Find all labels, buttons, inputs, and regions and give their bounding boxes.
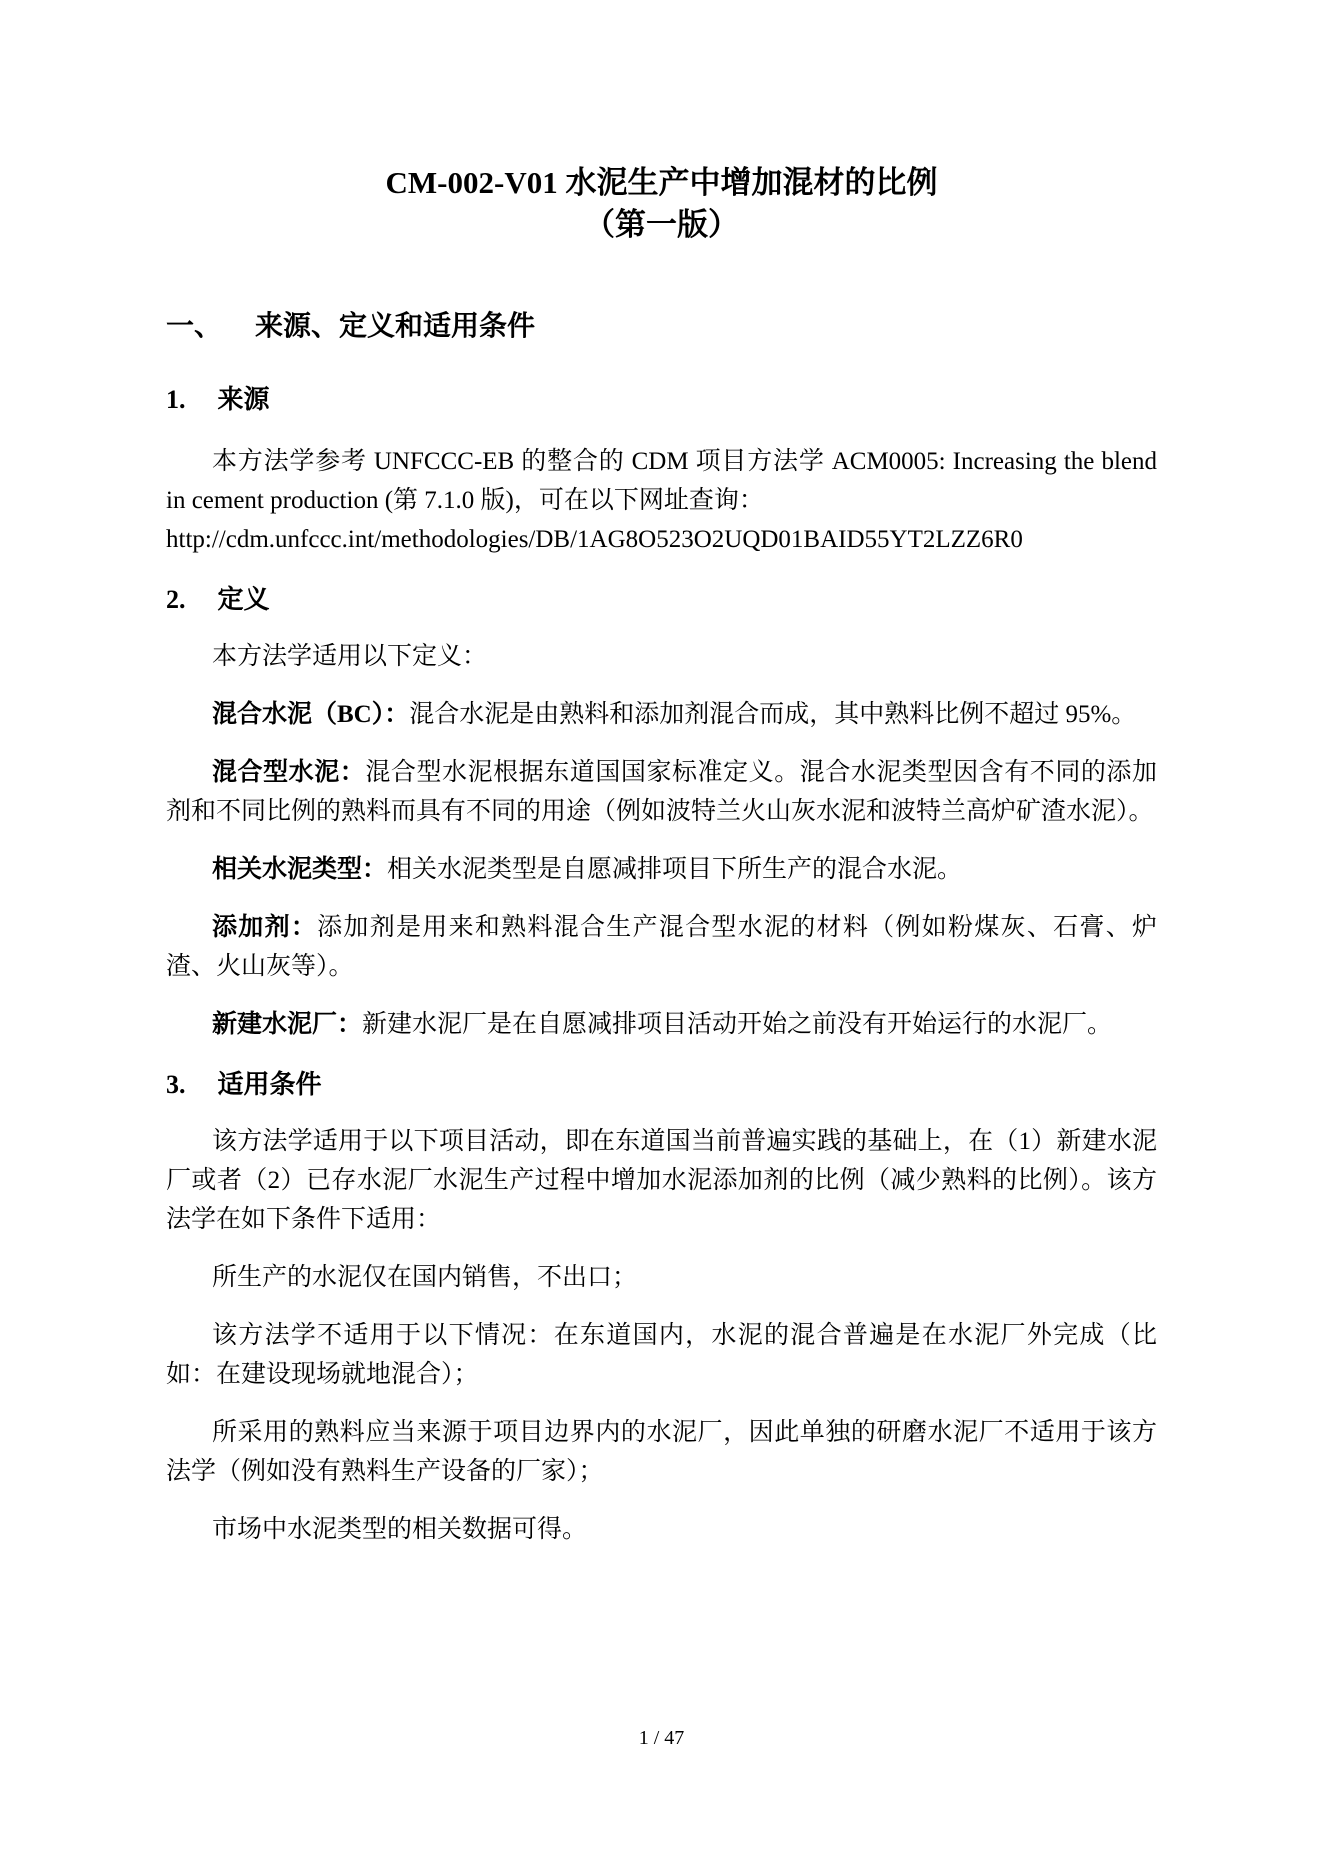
- section-one-number: 一、: [166, 311, 222, 342]
- definition-term: 混合型水泥：: [212, 759, 365, 786]
- definitions-intro: 本方法学适用以下定义：: [166, 637, 1157, 676]
- applicability-paragraph: 所生产的水泥仅在国内销售，不出口；: [166, 1258, 1157, 1297]
- subsection-2-title: 定义: [218, 585, 270, 614]
- subsection-1-number: 1.: [166, 382, 211, 418]
- definition-term: 新建水泥厂：: [212, 1011, 362, 1038]
- title-line-2: （第一版）: [166, 204, 1157, 246]
- definition-item: 新建水泥厂：新建水泥厂是在自愿减排项目活动开始之前没有开始运行的水泥厂。: [166, 1005, 1157, 1044]
- applicability-paragraph: 市场中水泥类型的相关数据可得。: [166, 1510, 1157, 1549]
- page-footer: 1 / 47: [0, 1725, 1323, 1751]
- source-paragraph: 本方法学参考 UNFCCC-EB 的整合的 CDM 项目方法学 ACM0005:…: [166, 442, 1157, 520]
- definition-term: 添加剂：: [212, 914, 317, 941]
- applicability-paragraph: 所采用的熟料应当来源于项目边界内的水泥厂，因此单独的研磨水泥厂不适用于该方法学（…: [166, 1413, 1157, 1491]
- definition-term: 混合水泥（BC）：: [212, 701, 409, 728]
- definition-item: 添加剂：添加剂是用来和熟料混合生产混合型水泥的材料（例如粉煤灰、石膏、炉渣、火山…: [166, 908, 1157, 986]
- definition-item: 相关水泥类型：相关水泥类型是自愿减排项目下所生产的混合水泥。: [166, 850, 1157, 889]
- document-page: CM-002-V01 水泥生产中增加混材的比例 （第一版） 一、 来源、定义和适…: [0, 0, 1323, 1871]
- methodology-url: http://cdm.unfccc.int/methodologies/DB/1…: [166, 520, 1157, 559]
- section-one-heading: 一、 来源、定义和适用条件: [166, 308, 1157, 346]
- definition-text: 相关水泥类型是自愿减排项目下所生产的混合水泥。: [387, 856, 962, 883]
- title-line-1: CM-002-V01 水泥生产中增加混材的比例: [166, 162, 1157, 204]
- definition-text: 新建水泥厂是在自愿减排项目活动开始之前没有开始运行的水泥厂。: [362, 1011, 1112, 1038]
- subsection-1-heading: 1. 来源: [166, 382, 1157, 418]
- subsection-3-number: 3.: [166, 1067, 211, 1103]
- subsection-3-title: 适用条件: [218, 1070, 322, 1099]
- definition-item: 混合型水泥：混合型水泥根据东道国国家标准定义。混合水泥类型因含有不同的添加剂和不…: [166, 753, 1157, 831]
- subsection-2-heading: 2. 定义: [166, 582, 1157, 618]
- subsection-3-heading: 3. 适用条件: [166, 1067, 1157, 1103]
- definition-text: 混合水泥是由熟料和添加剂混合而成，其中熟料比例不超过 95%。: [409, 701, 1136, 728]
- definition-term: 相关水泥类型：: [212, 856, 387, 883]
- definition-item: 混合水泥（BC）：混合水泥是由熟料和添加剂混合而成，其中熟料比例不超过 95%。: [166, 695, 1157, 734]
- subsection-2-number: 2.: [166, 582, 211, 618]
- section-one-title: 来源、定义和适用条件: [255, 311, 535, 342]
- document-title: CM-002-V01 水泥生产中增加混材的比例 （第一版）: [166, 162, 1157, 246]
- applicability-paragraph: 该方法学适用于以下项目活动，即在东道国当前普遍实践的基础上，在（1）新建水泥厂或…: [166, 1122, 1157, 1239]
- page-number: 1 / 47: [639, 1727, 685, 1749]
- subsection-1-title: 来源: [218, 385, 270, 414]
- applicability-paragraph: 该方法学不适用于以下情况：在东道国内，水泥的混合普遍是在水泥厂外完成（比如：在建…: [166, 1316, 1157, 1394]
